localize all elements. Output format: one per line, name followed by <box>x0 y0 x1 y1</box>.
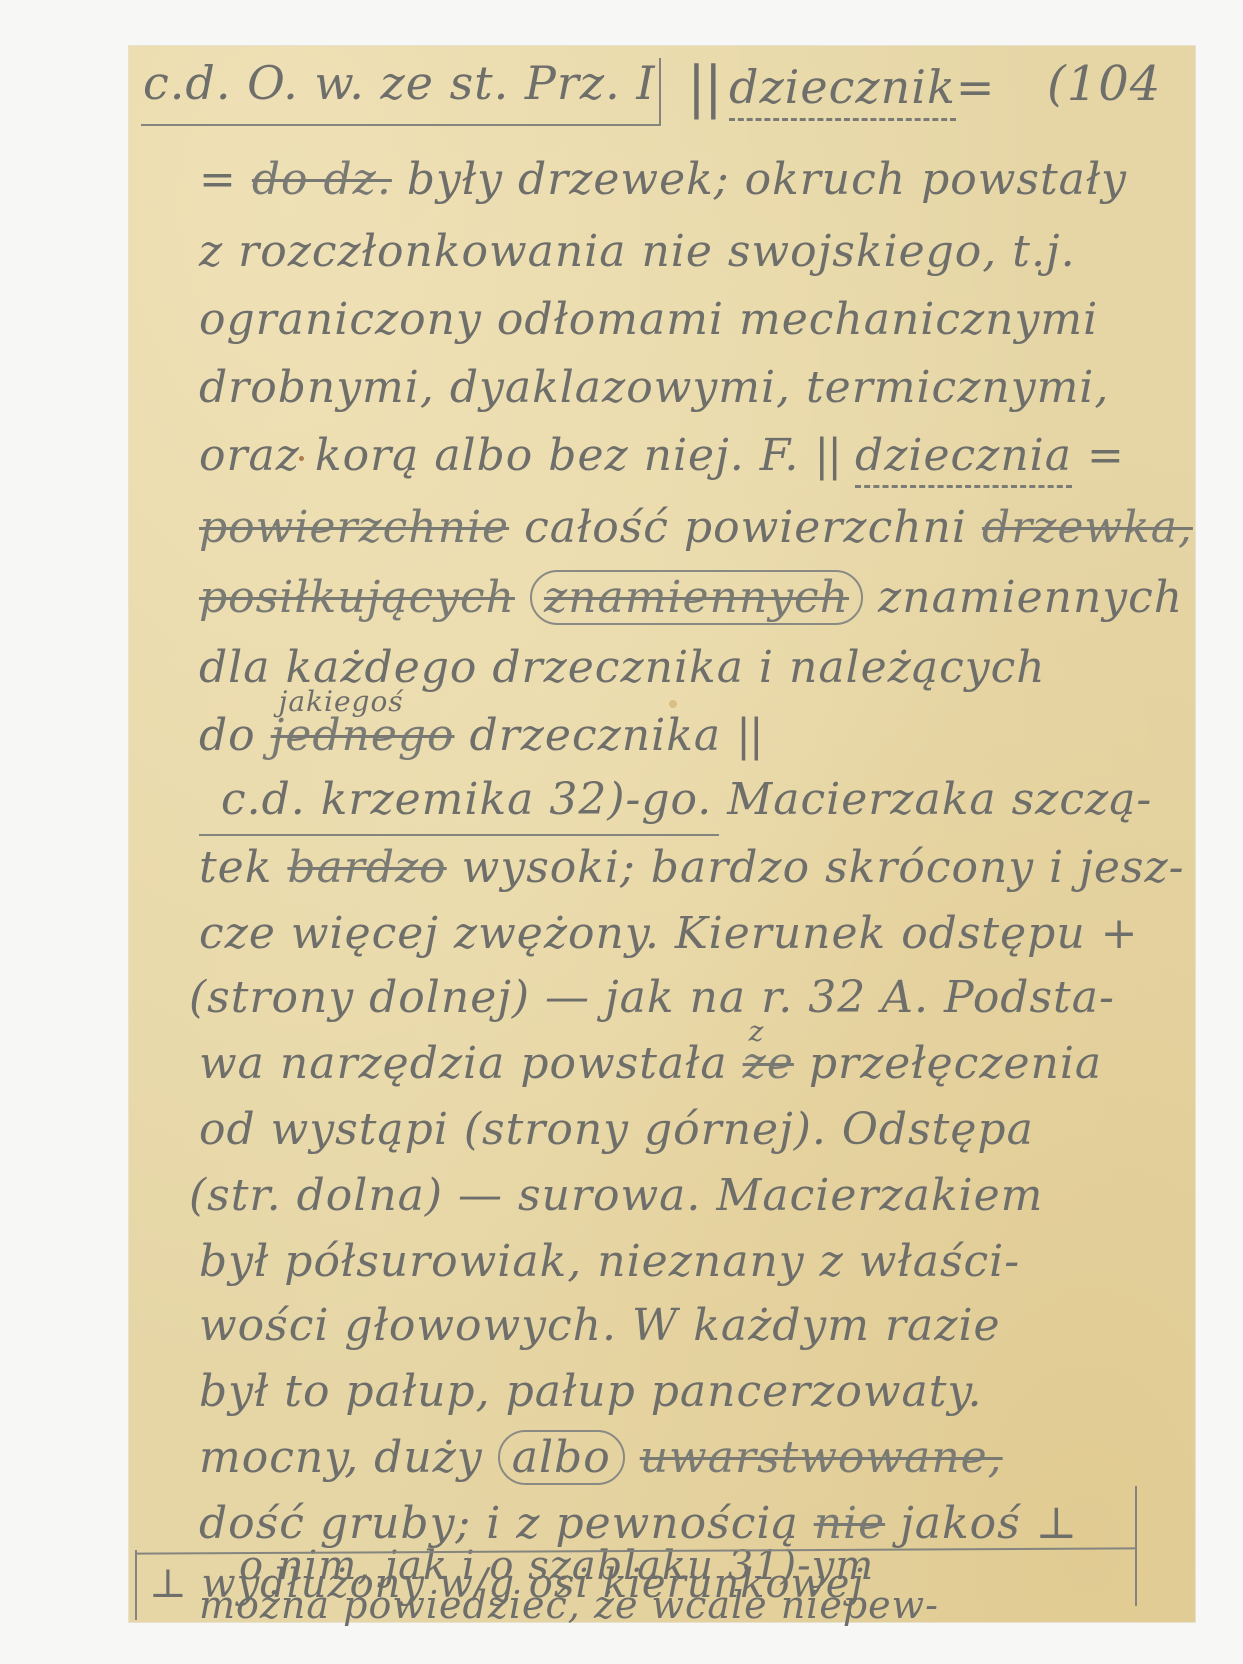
text-line: wości głowowych. W każdym razie <box>199 1304 1001 1348</box>
text-line: do jakiegoś jednego drzecznika || <box>199 714 762 758</box>
header-separator: || <box>687 60 721 116</box>
text-line: posiłkujących znamiennych znamiennych <box>199 576 1183 620</box>
separator: || <box>814 430 840 481</box>
text-line: cze więcej zwężony. Kierunek odstępu + <box>199 912 1139 956</box>
text-line: dość gruby; i z pewnością nie jakoś ⊥ <box>199 1502 1078 1546</box>
text-line: drobnymi, dyaklazowymi, termicznymi, <box>199 366 1109 410</box>
circled-struck-text: znamiennych <box>530 570 863 625</box>
text-line: był półsurowiak, nieznany z właści- <box>199 1240 1020 1284</box>
header-headword: dziecznik= <box>729 64 995 110</box>
text-line: tek bardzo wysoki; bardzo skrócony i jes… <box>199 846 1185 890</box>
line-suffix: || <box>736 710 762 761</box>
equals: = <box>1087 430 1125 481</box>
insertion-above: z <box>749 1018 765 1046</box>
line-suffix: jakoś ⊥ <box>900 1498 1078 1549</box>
header-box-right <box>659 58 661 124</box>
line-text: dość gruby; i z pewnością <box>199 1498 799 1549</box>
text-line: = do dz. były drzewek; okruch powstały <box>199 158 1127 202</box>
footnote-right-rule <box>1135 1486 1137 1606</box>
headword-text: dziecznik <box>729 60 956 121</box>
text-line: był to pałup, pałup pancerzowaty. <box>199 1370 982 1414</box>
line-text: znamiennych <box>878 572 1183 623</box>
struck-text: bardzo <box>287 842 446 893</box>
text-line: z rozczłonkowania nie swojskiego, t.j. <box>199 230 1076 274</box>
circled-text: albo <box>498 1430 625 1485</box>
line-text: oraz korą albo bez niej. F. <box>199 430 799 481</box>
text-line: oraz korą albo bez niej. F. || dziecznia… <box>199 434 1125 478</box>
text-line: od wystąpi (strony górnej). Odstępa <box>199 1108 1034 1152</box>
text-line: dla każdego drzecznika i należących <box>199 646 1046 690</box>
text-line: powierzchnie całość powierzchni drzewka, <box>199 506 1193 550</box>
text-line: mocny, duży albo uwarstwowane, <box>199 1436 1003 1480</box>
footnote: ⊥ wydłużony w/g osi kierunkowej <box>149 1564 864 1604</box>
line-text: drzecznika <box>470 710 722 761</box>
struck-text: do dz. <box>252 154 392 205</box>
paper-stain <box>299 456 304 461</box>
footnote-left-rule <box>135 1550 137 1620</box>
header-underline <box>141 124 661 126</box>
text-line: (str. dolna) — surowa. Macierzakiem <box>189 1174 1043 1218</box>
correction: z ze <box>743 1042 794 1086</box>
struck-text: nie <box>814 1498 885 1549</box>
line-text: były drzewek; okruch powstały <box>407 154 1127 205</box>
headword: dziecznia <box>855 430 1072 488</box>
struck-text: powierzchnie <box>199 502 509 553</box>
line-text: mocny, duży <box>199 1432 483 1483</box>
struck-text: posiłkujących <box>199 572 515 623</box>
correction: jakiegoś jednego <box>271 714 455 758</box>
line-text: wysoki; bardzo skrócony i jesz- <box>462 842 1185 893</box>
line-text: całość powierzchni <box>524 502 967 553</box>
header-equals: = <box>956 60 996 114</box>
footnote-text: wydłużony w/g osi kierunkowej <box>201 1561 864 1607</box>
section-heading: c.d. krzemika 32)-go. Macierzaka szczą- <box>221 778 1152 822</box>
manuscript-page: c.d. O. w. ze st. Prz. I || dziecznik= (… <box>129 46 1195 1622</box>
paper-stain <box>669 700 677 708</box>
struck-text: uwarstwowane, <box>640 1432 1003 1483</box>
line-text: wa narzędzia powstała <box>199 1038 728 1089</box>
line-prefix: = <box>199 154 237 205</box>
footnote-marker: ⊥ <box>149 1561 188 1607</box>
struck-text: drzewka, <box>982 502 1193 553</box>
line-suffix: przełęczenia <box>809 1038 1102 1089</box>
text-line: ograniczony odłomami mechanicznymi <box>199 298 1098 342</box>
line-prefix: do <box>199 710 256 761</box>
header-reference: c.d. O. w. ze st. Prz. I <box>143 60 656 106</box>
insertion-above: jakiegoś <box>279 688 404 716</box>
page-number: (104 <box>1047 60 1161 108</box>
section-underline <box>199 834 719 836</box>
text-line: (strony dolnej) — jak na r. 32 A. Podsta… <box>189 976 1115 1020</box>
text-line: wa narzędzia powstała z ze przełęczenia <box>199 1042 1102 1086</box>
line-prefix: tek <box>199 842 272 893</box>
